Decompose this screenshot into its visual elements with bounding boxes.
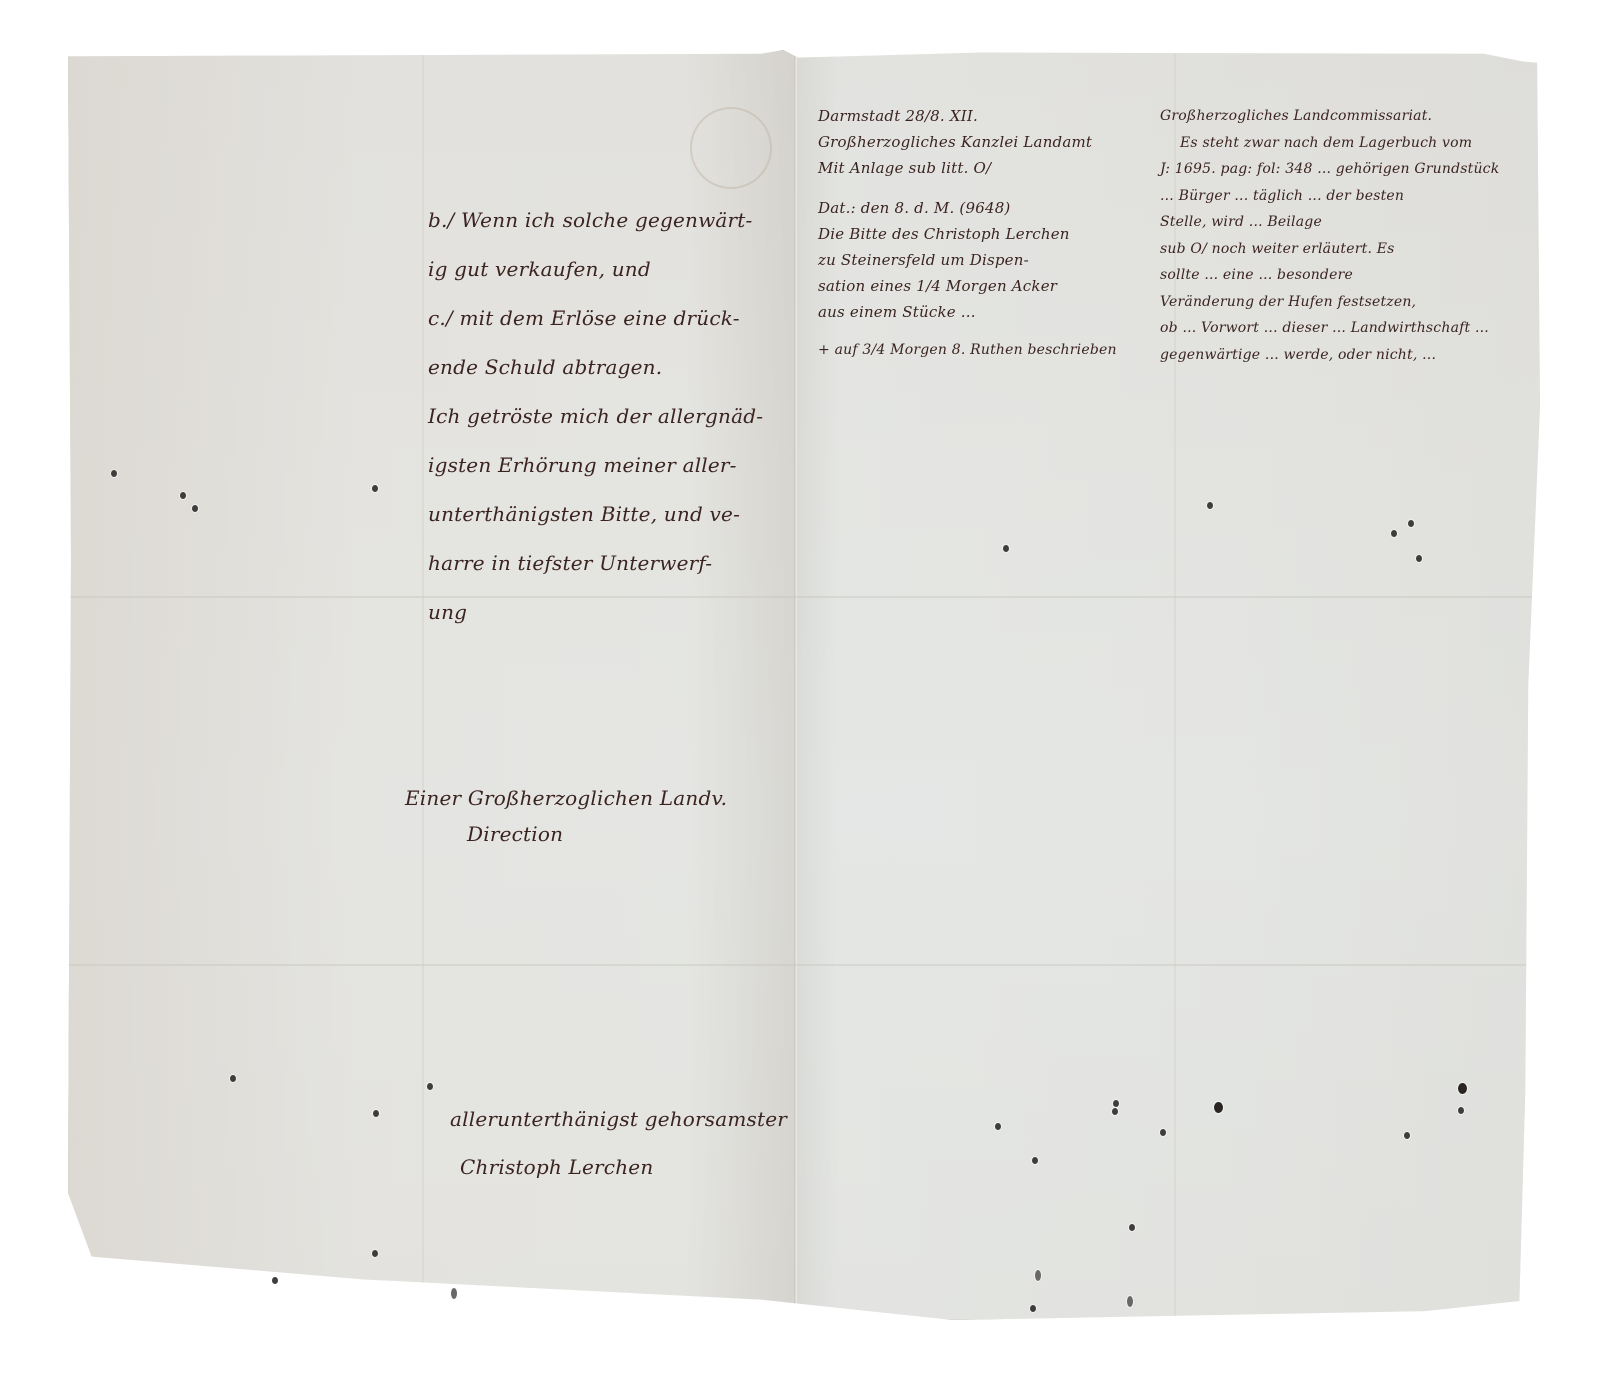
report-line: Es steht zwar nach dem Lagerbuch vom	[1160, 130, 1499, 157]
closing-signature-block: allerunterthänigst gehorsamster Christop…	[450, 1095, 787, 1191]
paper-hole	[1127, 1296, 1133, 1307]
paper-hole	[230, 1075, 236, 1082]
paper-hole	[1129, 1224, 1135, 1231]
report-line: ... Bürger ... täglich ... der besten	[1160, 183, 1499, 210]
signature: Christoph Lerchen	[450, 1143, 787, 1191]
registry-line: sation eines 1/4 Morgen Acker	[818, 273, 1117, 299]
body-line: ig gut verkaufen, und	[428, 245, 763, 294]
report-line: Veränderung der Hufen festsetzen,	[1160, 289, 1499, 316]
report-line: gegenwärtige ... werde, oder nicht, ...	[1160, 342, 1499, 369]
report-line: sub O/ noch weiter erläutert. Es	[1160, 236, 1499, 263]
paper-hole	[111, 470, 117, 477]
letter-body: b./ Wenn ich solche gegenwärt- ig gut ve…	[428, 196, 763, 637]
registry-line: Darmstadt 28/8. XII.	[818, 103, 1117, 129]
body-line: ung	[428, 588, 763, 637]
body-line: unterthänigsten Bitte, und ve-	[428, 490, 763, 539]
report-line: Großherzogliches Landcommissariat.	[1160, 103, 1499, 130]
report-line: J: 1695. pag: fol: 348 ... gehörigen Gru…	[1160, 156, 1499, 183]
paper-hole	[1160, 1129, 1166, 1136]
horizontal-fold-crease	[68, 964, 1543, 966]
body-line: b./ Wenn ich solche gegenwärt-	[428, 196, 763, 245]
registry-line: Dat.: den 8. d. M. (9648)	[818, 195, 1117, 221]
horizontal-fold-crease	[68, 596, 1543, 598]
paper-hole	[1113, 1100, 1119, 1107]
body-line: Ich getröste mich der allergnäd-	[428, 392, 763, 441]
paper-hole	[1003, 545, 1009, 552]
paper-hole	[1404, 1132, 1410, 1139]
registry-line: aus einem Stücke ...	[818, 299, 1117, 325]
center-fold	[794, 50, 797, 1320]
report-line: Stelle, wird ... Beilage	[1160, 209, 1499, 236]
paper-hole	[180, 492, 186, 499]
paper-hole	[1408, 520, 1414, 527]
body-line: c./ mit dem Erlöse eine drück-	[428, 294, 763, 343]
paper-hole	[1391, 530, 1397, 537]
body-line: igsten Erhörung meiner aller-	[428, 441, 763, 490]
paper-hole	[1458, 1083, 1467, 1094]
paper-hole	[373, 1110, 379, 1117]
paper-hole	[427, 1083, 433, 1090]
paper-hole	[372, 485, 378, 492]
paper-hole	[272, 1277, 278, 1284]
registry-line: Großherzogliches Kanzlei Landamt	[818, 129, 1117, 155]
report-line: sollte ... eine ... besondere	[1160, 262, 1499, 289]
addressee-line: Direction	[405, 816, 727, 852]
paper-hole	[995, 1123, 1001, 1130]
paper-hole	[1207, 502, 1213, 509]
report-line: ob ... Vorwort ... dieser ... Landwirths…	[1160, 315, 1499, 342]
paper-hole	[192, 505, 198, 512]
addressee-block: Einer Großherzoglichen Landv. Direction	[405, 780, 727, 852]
paper-hole	[1112, 1108, 1118, 1115]
vertical-fold-crease	[422, 50, 424, 1320]
faded-seal-stamp	[690, 107, 772, 189]
registry-note: Darmstadt 28/8. XII. Großherzogliches Ka…	[818, 103, 1117, 363]
paper-hole	[1030, 1305, 1036, 1312]
commissariat-report: Großherzogliches Landcommissariat. Es st…	[1160, 103, 1499, 368]
body-line: ende Schuld abtragen.	[428, 343, 763, 392]
paper-hole	[1035, 1270, 1041, 1281]
registry-line: Mit Anlage sub litt. O/	[818, 155, 1117, 181]
registry-line: + auf 3/4 Morgen 8. Ruthen beschrieben	[818, 337, 1117, 363]
registry-line: zu Steinersfeld um Dispen-	[818, 247, 1117, 273]
paper-hole	[1214, 1102, 1223, 1113]
paper-hole	[1458, 1107, 1464, 1114]
paper-hole	[1416, 555, 1422, 562]
closing-phrase: allerunterthänigst gehorsamster	[450, 1095, 787, 1143]
paper-hole	[1032, 1157, 1038, 1164]
paper-hole	[372, 1250, 378, 1257]
paper-hole	[451, 1288, 457, 1299]
body-line: harre in tiefster Unterwerf-	[428, 539, 763, 588]
addressee-line: Einer Großherzoglichen Landv.	[405, 780, 727, 816]
registry-line: Die Bitte des Christoph Lerchen	[818, 221, 1117, 247]
